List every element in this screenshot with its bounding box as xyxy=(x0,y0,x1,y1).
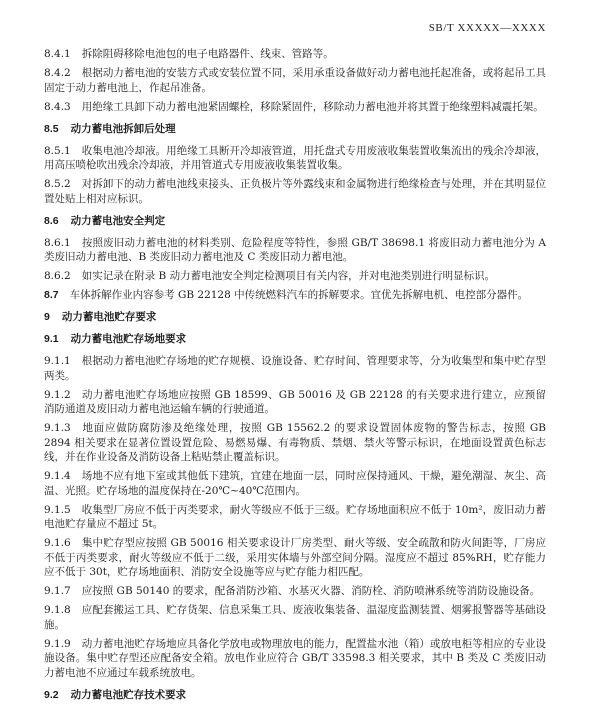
clause-number: 9.2 xyxy=(44,688,59,703)
clause-9.1.9: 9.1.9动力蓄电池贮存场地应具备化学放电或物理放电的能力，配置盐水池（箱）或放… xyxy=(44,637,546,681)
heading-8.6: 8.6动力蓄电池安全判定 xyxy=(44,214,546,229)
clause-text: 对拆卸下的动力蓄电池线束接头、正负极片等外露线束和金属物进行绝缘检查与处理，并在… xyxy=(44,178,546,205)
clause-8.6.2: 8.6.2如实记录在附录 B 动力蓄电池安全判定检测项目有关内容，并对电池类别进… xyxy=(44,269,546,284)
document-code-header: SB/T XXXXX—XXXX xyxy=(44,22,546,34)
clause-number: 8.4.3 xyxy=(44,100,71,115)
clause-text: 收集型厂房应不低于丙类要求，耐火等级应不低于三级。贮存场地面积应不低于 10m²… xyxy=(44,504,546,531)
clause-8.4.1: 8.4.1拆除阻碍移除电池包的电子电路器件、线束、管路等。 xyxy=(44,47,546,62)
clause-9.1.4: 9.1.4场地不应有地下室或其他低下建筑，宜建在地面一层，同时应保持通风、干燥，… xyxy=(44,469,546,498)
clause-number: 8.5.1 xyxy=(44,144,71,159)
clause-number: 8.4.1 xyxy=(44,47,71,62)
clause-text: 动力蓄电池贮存场地应按照 GB 18599、GB 50016 及 GB 2212… xyxy=(44,389,546,416)
heading-9.2: 9.2动力蓄电池贮存技术要求 xyxy=(44,688,546,703)
clause-text: 动力蓄电池贮存场地应具备化学放电或物理放电的能力，配置盐水池（箱）或放电柜等相应… xyxy=(44,638,546,679)
clause-9.1.6: 9.1.6集中贮存型应按照 GB 50016 相关要求设计厂房类型、耐火等级、安… xyxy=(44,536,546,580)
clause-number: 9.1 xyxy=(44,332,59,347)
clause-number: 9.1.9 xyxy=(44,637,71,652)
document-body: 8.4.1拆除阻碍移除电池包的电子电路器件、线束、管路等。 8.4.2根据动力蓄… xyxy=(44,47,546,702)
clause-number: 8.4.2 xyxy=(44,66,71,81)
clause-8.4.2: 8.4.2根据动力蓄电池的安装方式或安装位置不同，采用承重设备做好动力蓄电池托起… xyxy=(44,66,546,95)
clause-8.6.1: 8.6.1按照废旧动力蓄电池的材料类别、危险程度等特性，参照 GB/T 3869… xyxy=(44,236,546,265)
clause-9.1.3: 9.1.3地面应做防腐防渗及绝缘处理，按照 GB 15562.2 的要求设置固体… xyxy=(44,421,546,465)
clause-number: 8.6.1 xyxy=(44,236,71,251)
clause-text: 动力蓄电池贮存场地要求 xyxy=(71,333,187,345)
clause-text: 应按照 GB 50140 的要求，配备消防沙箱、水基灭火器、消防栓、消防喷淋系统… xyxy=(82,585,541,597)
clause-text: 动力蓄电池安全判定 xyxy=(71,215,166,227)
clause-9.1.2: 9.1.2动力蓄电池贮存场地应按照 GB 18599、GB 50016 及 GB… xyxy=(44,388,546,417)
clause-text: 动力蓄电池贮存技术要求 xyxy=(71,689,187,701)
heading-9.1: 9.1动力蓄电池贮存场地要求 xyxy=(44,332,546,347)
clause-8.4.3: 8.4.3用绝缘工具卸下动力蓄电池紧固螺栓，移除紧固件，移除动力蓄电池并将其置于… xyxy=(44,100,546,115)
clause-number: 9.1.2 xyxy=(44,388,71,403)
clause-text: 如实记录在附录 B 动力蓄电池安全判定检测项目有关内容，并对电池类别进行明显标识… xyxy=(82,270,495,282)
clause-text: 集中贮存型应按照 GB 50016 相关要求设计厂房类型、耐火等级、安全疏散和防… xyxy=(44,537,546,578)
clause-number: 9.1.4 xyxy=(44,469,71,484)
heading-8.5: 8.5动力蓄电池拆卸后处理 xyxy=(44,122,546,137)
clause-9.1.5: 9.1.5收集型厂房应不低于丙类要求，耐火等级应不低于三级。贮存场地面积应不低于… xyxy=(44,503,546,532)
clause-text: 拆除阻碍移除电池包的电子电路器件、线束、管路等。 xyxy=(82,48,334,60)
clause-number: 9.1.7 xyxy=(44,584,71,599)
document-page: SB/T XXXXX—XXXX 8.4.1拆除阻碍移除电池包的电子电路器件、线束… xyxy=(0,0,589,725)
clause-number: 9 xyxy=(44,310,50,325)
clause-text: 场地不应有地下室或其他低下建筑，宜建在地面一层，同时应保持通风、干燥，避免潮湿、… xyxy=(44,470,546,497)
clause-number: 8.6 xyxy=(44,214,59,229)
clause-9.1.7: 9.1.7应按照 GB 50140 的要求，配备消防沙箱、水基灭火器、消防栓、消… xyxy=(44,584,546,599)
clause-number: 8.5 xyxy=(44,122,59,137)
clause-number: 9.1.8 xyxy=(44,603,71,618)
clause-8.5.1: 8.5.1收集电池冷却液。用绝缘工具断开冷却液管道，用托盘式专用废液收集装置收集… xyxy=(44,144,546,173)
clause-number: 9.1.6 xyxy=(44,536,71,551)
clause-text: 收集电池冷却液。用绝缘工具断开冷却液管道，用托盘式专用废液收集装置收集流出的残余… xyxy=(44,145,546,172)
clause-number: 8.7 xyxy=(44,288,59,303)
clause-9.1.8: 9.1.8应配套搬运工具、贮存货架、信息采集工具、废液收集装备、温湿度监测装置、… xyxy=(44,603,546,632)
clause-text: 根据动力蓄电池贮存场地的贮存规模、设施设备、贮存时间、管理要求等，分为收集型和集… xyxy=(44,355,546,382)
clause-number: 9.1.5 xyxy=(44,503,71,518)
clause-text: 车体拆解作业内容参考 GB 22128 中传统燃料汽车的拆解要求。宜优先拆解电机… xyxy=(70,289,529,301)
clause-text: 根据动力蓄电池的安装方式或安装位置不同，采用承重设备做好动力蓄电池托起准备，或将… xyxy=(44,67,546,94)
clause-text: 动力蓄电池贮存要求 xyxy=(62,311,157,323)
heading-9: 9动力蓄电池贮存要求 xyxy=(44,310,546,325)
clause-number: 8.6.2 xyxy=(44,269,71,284)
clause-text: 应配套搬运工具、贮存货架、信息采集工具、废液收集装备、温湿度监测装置、烟雾报警器… xyxy=(44,604,546,631)
clause-text: 用绝缘工具卸下动力蓄电池紧固螺栓，移除紧固件，移除动力蓄电池并将其置于绝缘塑料减… xyxy=(82,101,544,113)
clause-text: 按照废旧动力蓄电池的材料类别、危险程度等特性，参照 GB/T 38698.1 将… xyxy=(44,237,546,264)
clause-text: 地面应做防腐防渗及绝缘处理，按照 GB 15562.2 的要求设置固体废物的警告… xyxy=(44,422,546,463)
clause-number: 9.1.3 xyxy=(44,421,71,436)
clause-text: 动力蓄电池拆卸后处理 xyxy=(71,123,176,135)
clause-number: 9.1.1 xyxy=(44,354,71,369)
clause-number: 8.5.2 xyxy=(44,177,71,192)
clause-8.5.2: 8.5.2对拆卸下的动力蓄电池线束接头、正负极片等外露线束和金属物进行绝缘检查与… xyxy=(44,177,546,206)
clause-9.1.1: 9.1.1根据动力蓄电池贮存场地的贮存规模、设施设备、贮存时间、管理要求等，分为… xyxy=(44,354,546,383)
clause-8.7: 8.7车体拆解作业内容参考 GB 22128 中传统燃料汽车的拆解要求。宜优先拆… xyxy=(44,288,546,303)
